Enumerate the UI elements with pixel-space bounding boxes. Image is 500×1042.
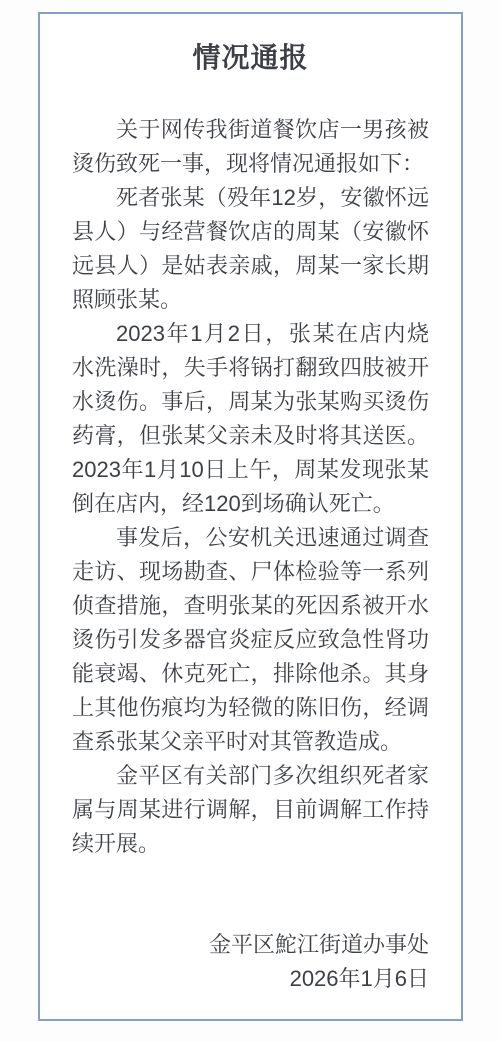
notice-document: 情况通报 关于网传我街道餐饮店一男孩被烫伤致死一事，现将情况通报如下： 死者张某…: [38, 12, 463, 1021]
notice-paragraph-incident: 2023年1月2日，张某在店内烧水洗澡时，失手将锅打翻致四肢被开水烫伤。事后，周…: [72, 317, 429, 521]
notice-paragraph-intro: 关于网传我街道餐饮店一男孩被烫伤致死一事，现将情况通报如下：: [72, 113, 429, 181]
notice-paragraph-investigation: 事发后，公安机关迅速通过调查走访、现场勘查、尸体检验等一系列侦查措施，查明张某的…: [72, 521, 429, 759]
notice-paragraph-mediation: 金平区有关部门多次组织死者家属与周某进行调解，目前调解工作持续开展。: [72, 759, 429, 861]
notice-signature: 金平区鮀江街道办事处: [72, 928, 429, 962]
notice-title: 情况通报: [72, 41, 429, 75]
notice-date: 2026年1月6日: [72, 962, 429, 996]
notice-paragraph-victim-background: 死者张某（殁年12岁，安徽怀远县人）与经营餐饮店的周某（安徽怀远县人）是姑表亲戚…: [72, 181, 429, 317]
